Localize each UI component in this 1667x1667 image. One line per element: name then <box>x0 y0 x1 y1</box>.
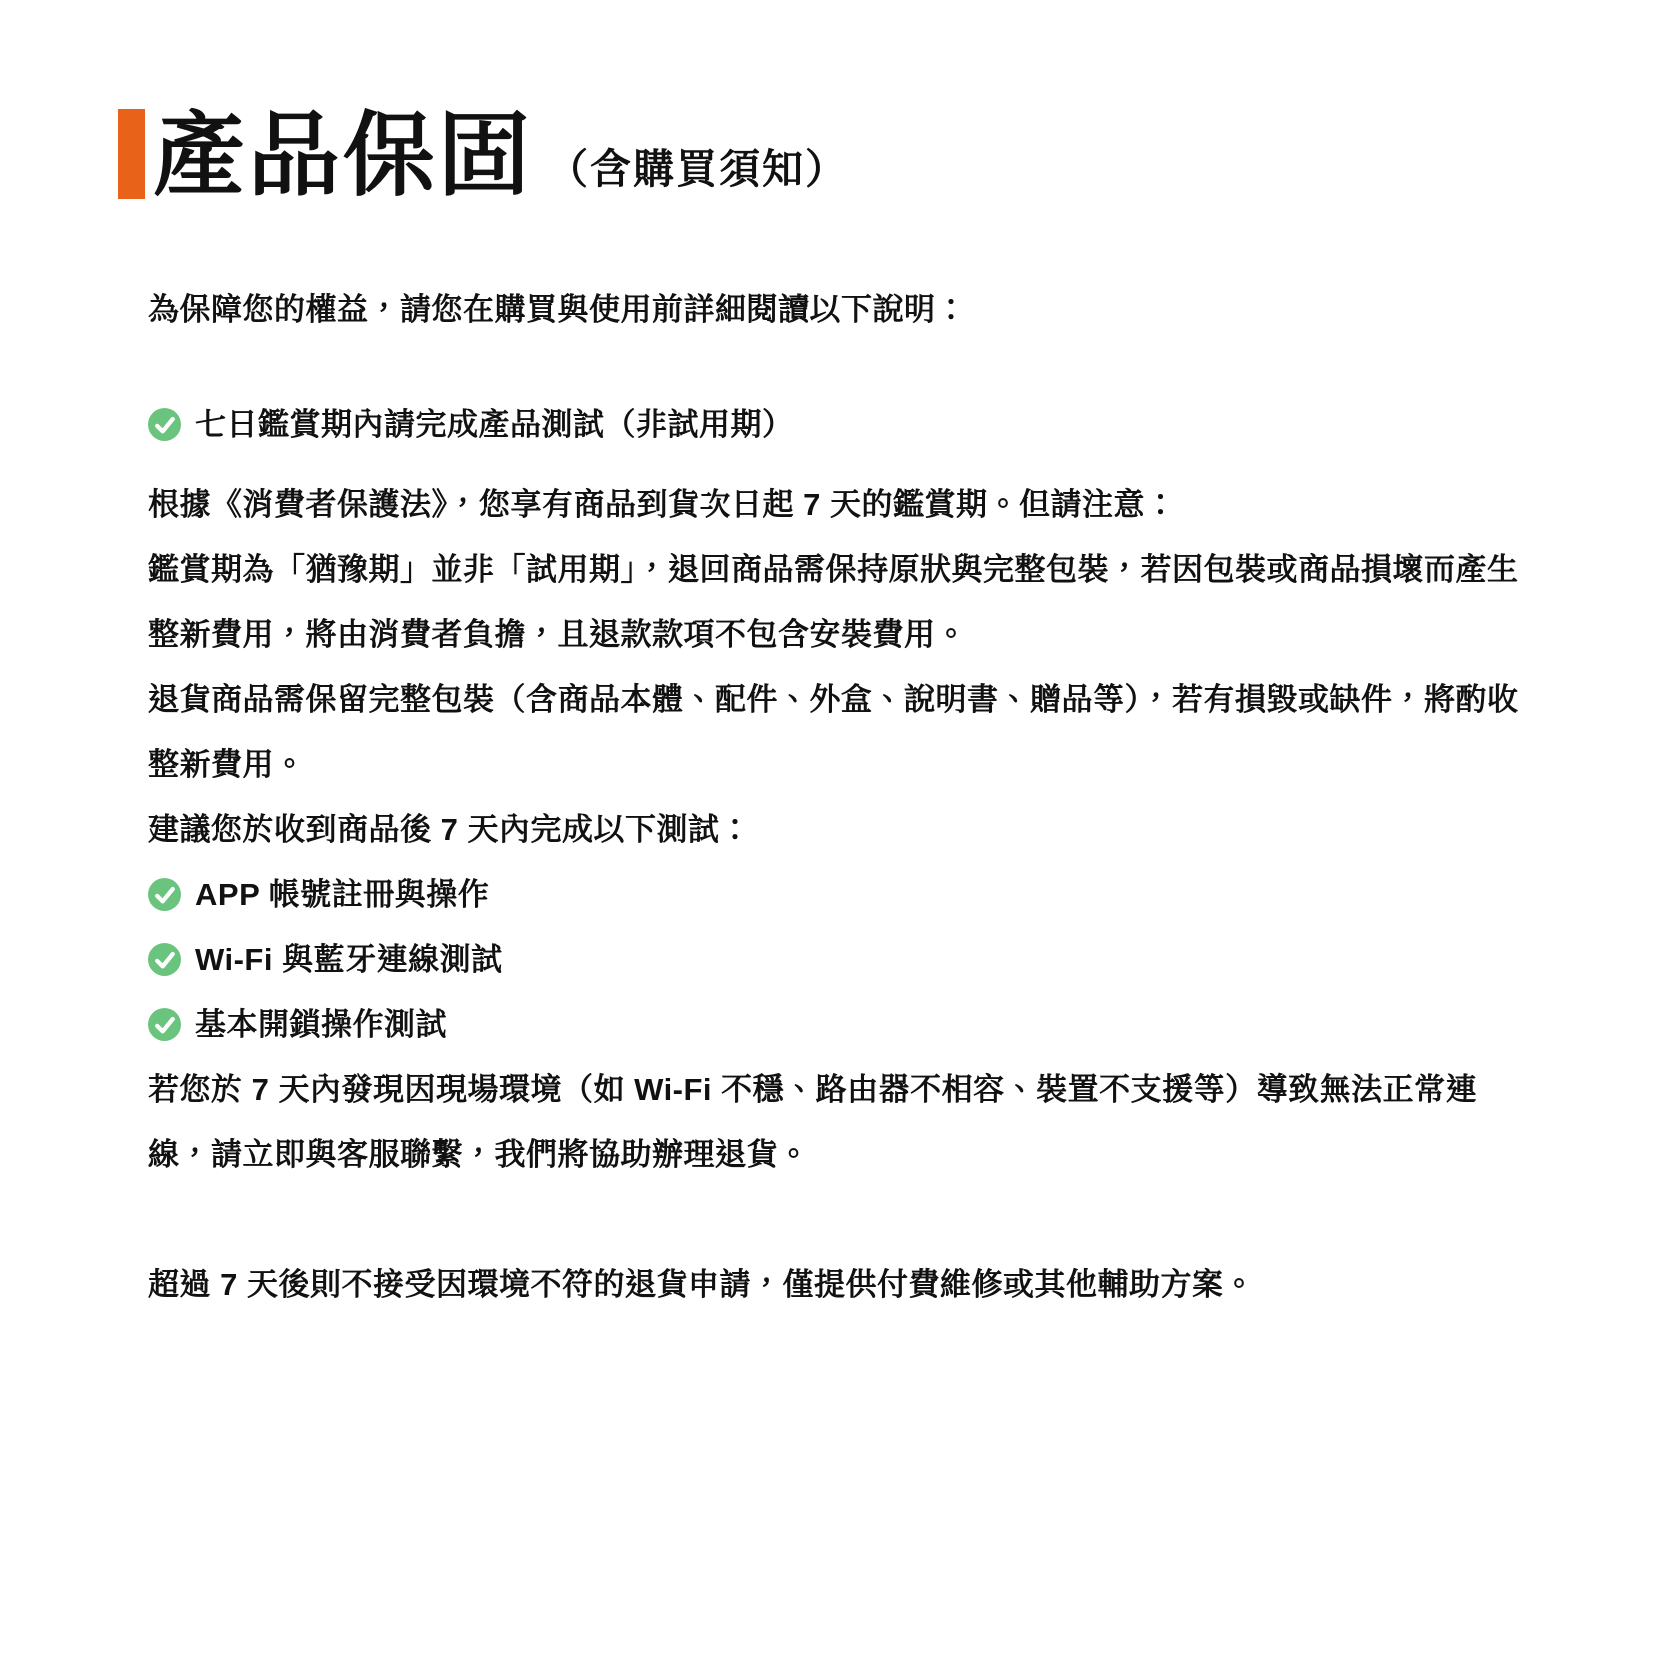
intro-text: 為保障您的權益，請您在購買與使用前詳細閱讀以下說明： <box>148 277 1540 342</box>
header: 產品保固 （含購買須知） <box>118 108 848 205</box>
checklist-item-label: Wi-Fi 與藍牙連線測試 <box>195 927 503 992</box>
checklist-item-label: 基本開鎖操作測試 <box>195 992 447 1057</box>
paragraph-after-7-days: 超過 7 天後則不接受因環境不符的退貨申請，僅提供付費維修或其他輔助方案。 <box>148 1252 1540 1317</box>
notice-title-text: 七日鑑賞期內請完成產品測試（非試用期） <box>195 392 794 457</box>
checklist-item-label: APP 帳號註冊與操作 <box>195 862 489 927</box>
page-subtitle: （含購買須知） <box>547 136 848 195</box>
paragraph-test-suggestion: 建議您於收到商品後 7 天內完成以下測試： <box>148 797 1540 862</box>
page-title: 產品保固 <box>153 108 533 205</box>
check-icon <box>148 878 181 911</box>
warranty-page: 產品保固 （含購買須知） 為保障您的權益，請您在購買與使用前詳細閱讀以下說明： … <box>0 0 1667 1667</box>
paragraph-return-packaging: 退貨商品需保留完整包裝（含商品本體、配件、外盒、說明書、贈品等），若有損毀或缺件… <box>148 667 1540 797</box>
content: 為保障您的權益，請您在購買與使用前詳細閱讀以下說明： 七日鑑賞期內請完成產品測試… <box>148 277 1540 1317</box>
checklist-item-unlock: 基本開鎖操作測試 <box>148 992 1540 1057</box>
notice-check-row: 七日鑑賞期內請完成產品測試（非試用期） <box>148 392 1540 457</box>
check-icon <box>148 408 181 441</box>
checklist-item-wifi: Wi-Fi 與藍牙連線測試 <box>148 927 1540 992</box>
paragraph-hesitation-period: 鑑賞期為「猶豫期」並非「試用期」，退回商品需保持原狀與完整包裝，若因包裝或商品損… <box>148 537 1540 667</box>
accent-bar <box>118 109 145 199</box>
paragraph-law: 根據《消費者保護法》，您享有商品到貨次日起 7 天的鑑賞期。但請注意： <box>148 472 1540 537</box>
checklist-item-app: APP 帳號註冊與操作 <box>148 862 1540 927</box>
check-icon <box>148 1008 181 1041</box>
paragraph-environment-return: 若您於 7 天內發現因現場環境（如 Wi-Fi 不穩、路由器不相容、裝置不支援等… <box>148 1057 1540 1187</box>
check-icon <box>148 943 181 976</box>
